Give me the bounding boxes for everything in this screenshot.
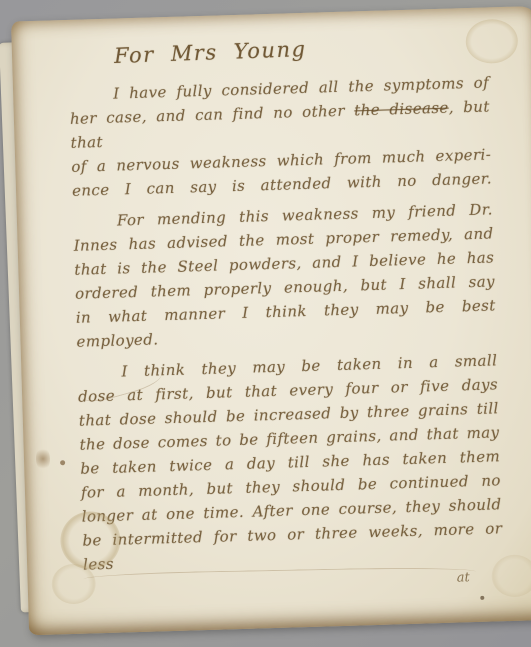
letter-body: I have fully considered all the symptoms… [13,69,531,578]
line-text: be intermitted for two or three weeks, m… [82,519,502,573]
letter-paragraph: I have fully considered all the symptoms… [69,70,492,202]
line-text: her case, and can find no other [70,101,355,127]
line-text: employed. [76,330,158,350]
struck-text: the disease [354,99,449,120]
photo-backdrop: For Mrs Young I have fully considered al… [0,0,531,647]
letter-paragraph: For mending this weakness my friend Dr.I… [73,197,497,353]
ink-spot [480,596,484,600]
letter-page: For Mrs Young I have fully considered al… [11,6,531,635]
letter-title: For Mrs Young [114,29,531,68]
letter-paragraph: I think they may be taken in a smalldose… [77,348,503,576]
